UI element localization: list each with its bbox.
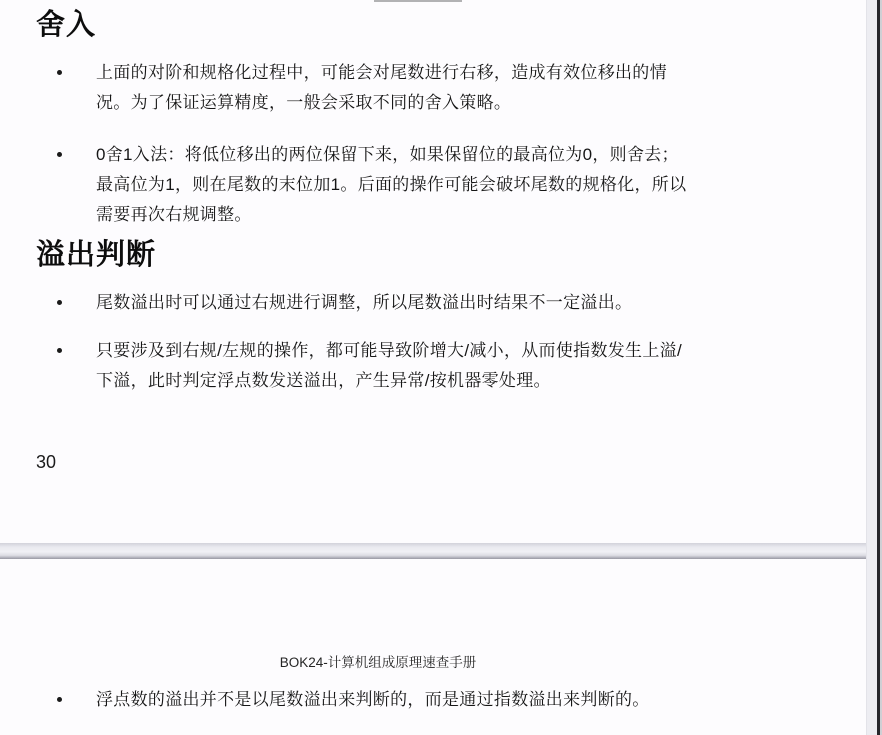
previous-page-fragment [374,0,462,2]
list-item: 0舍1入法：将低位移出的两位保留下来，如果保留位的最高位为0，则舍去；最高位为1… [57,140,686,230]
text-line: 浮点数的溢出并不是以尾数溢出来判断的，而是通过指数溢出来判断的。 [96,685,650,715]
page-number: 30 [36,450,56,474]
text-line: 最高位为1，则在尾数的末位加1。后面的操作可能会破坏尾数的规格化，所以 [96,170,686,200]
text-line: 0舍1入法：将低位移出的两位保留下来，如果保留位的最高位为0，则舍去； [96,140,686,170]
page-break-separator [0,543,877,559]
bullet-icon [57,348,62,353]
bullet-icon [57,152,62,157]
bullet-text: 尾数溢出时可以通过右规进行调整，所以尾数溢出时结果不一定溢出。 [96,288,632,318]
list-item: 上面的对阶和规格化过程中，可能会对尾数进行右移，造成有效位移出的情况。为了保证运… [57,58,667,118]
section-heading-overflow: 溢出判断 [36,236,156,274]
text-line: 尾数溢出时可以通过右规进行调整，所以尾数溢出时结果不一定溢出。 [96,288,632,318]
bullet-icon [57,300,62,305]
list-item: 浮点数的溢出并不是以尾数溢出来判断的，而是通过指数溢出来判断的。 [57,685,650,715]
bullet-icon [57,697,62,702]
text-line: 上面的对阶和规格化过程中，可能会对尾数进行右移，造成有效位移出的情 [96,58,667,88]
text-line: 需要再次右规调整。 [96,200,686,230]
text-line: 下溢，此时判定浮点数发送溢出，产生异常/按机器零处理。 [96,366,682,396]
section-heading-rounding: 舍入 [36,6,96,44]
bullet-text: 只要涉及到右规/左规的操作，都可能导致阶增大/减小，从而使指数发生上溢/下溢，此… [96,336,682,396]
bullet-icon [57,70,62,75]
list-item: 只要涉及到右规/左规的操作，都可能导致阶增大/减小，从而使指数发生上溢/下溢，此… [57,336,682,396]
bullet-text: 0舍1入法：将低位移出的两位保留下来，如果保留位的最高位为0，则舍去；最高位为1… [96,140,686,230]
list-item: 尾数溢出时可以通过右规进行调整，所以尾数溢出时结果不一定溢出。 [57,288,632,318]
text-line: 只要涉及到右规/左规的操作，都可能导致阶增大/减小，从而使指数发生上溢/ [96,336,682,366]
bullet-text: 上面的对阶和规格化过程中，可能会对尾数进行右移，造成有效位移出的情况。为了保证运… [96,58,667,118]
text-line: 况。为了保证运算精度，一般会采取不同的舍入策略。 [96,88,667,118]
bullet-text: 浮点数的溢出并不是以尾数溢出来判断的，而是通过指数溢出来判断的。 [96,685,650,715]
running-header: BOK24-计算机组成原理速查手册 [0,654,756,672]
document-viewport[interactable]: 舍入 上面的对阶和规格化过程中，可能会对尾数进行右移，造成有效位移出的情况。为了… [0,0,882,735]
